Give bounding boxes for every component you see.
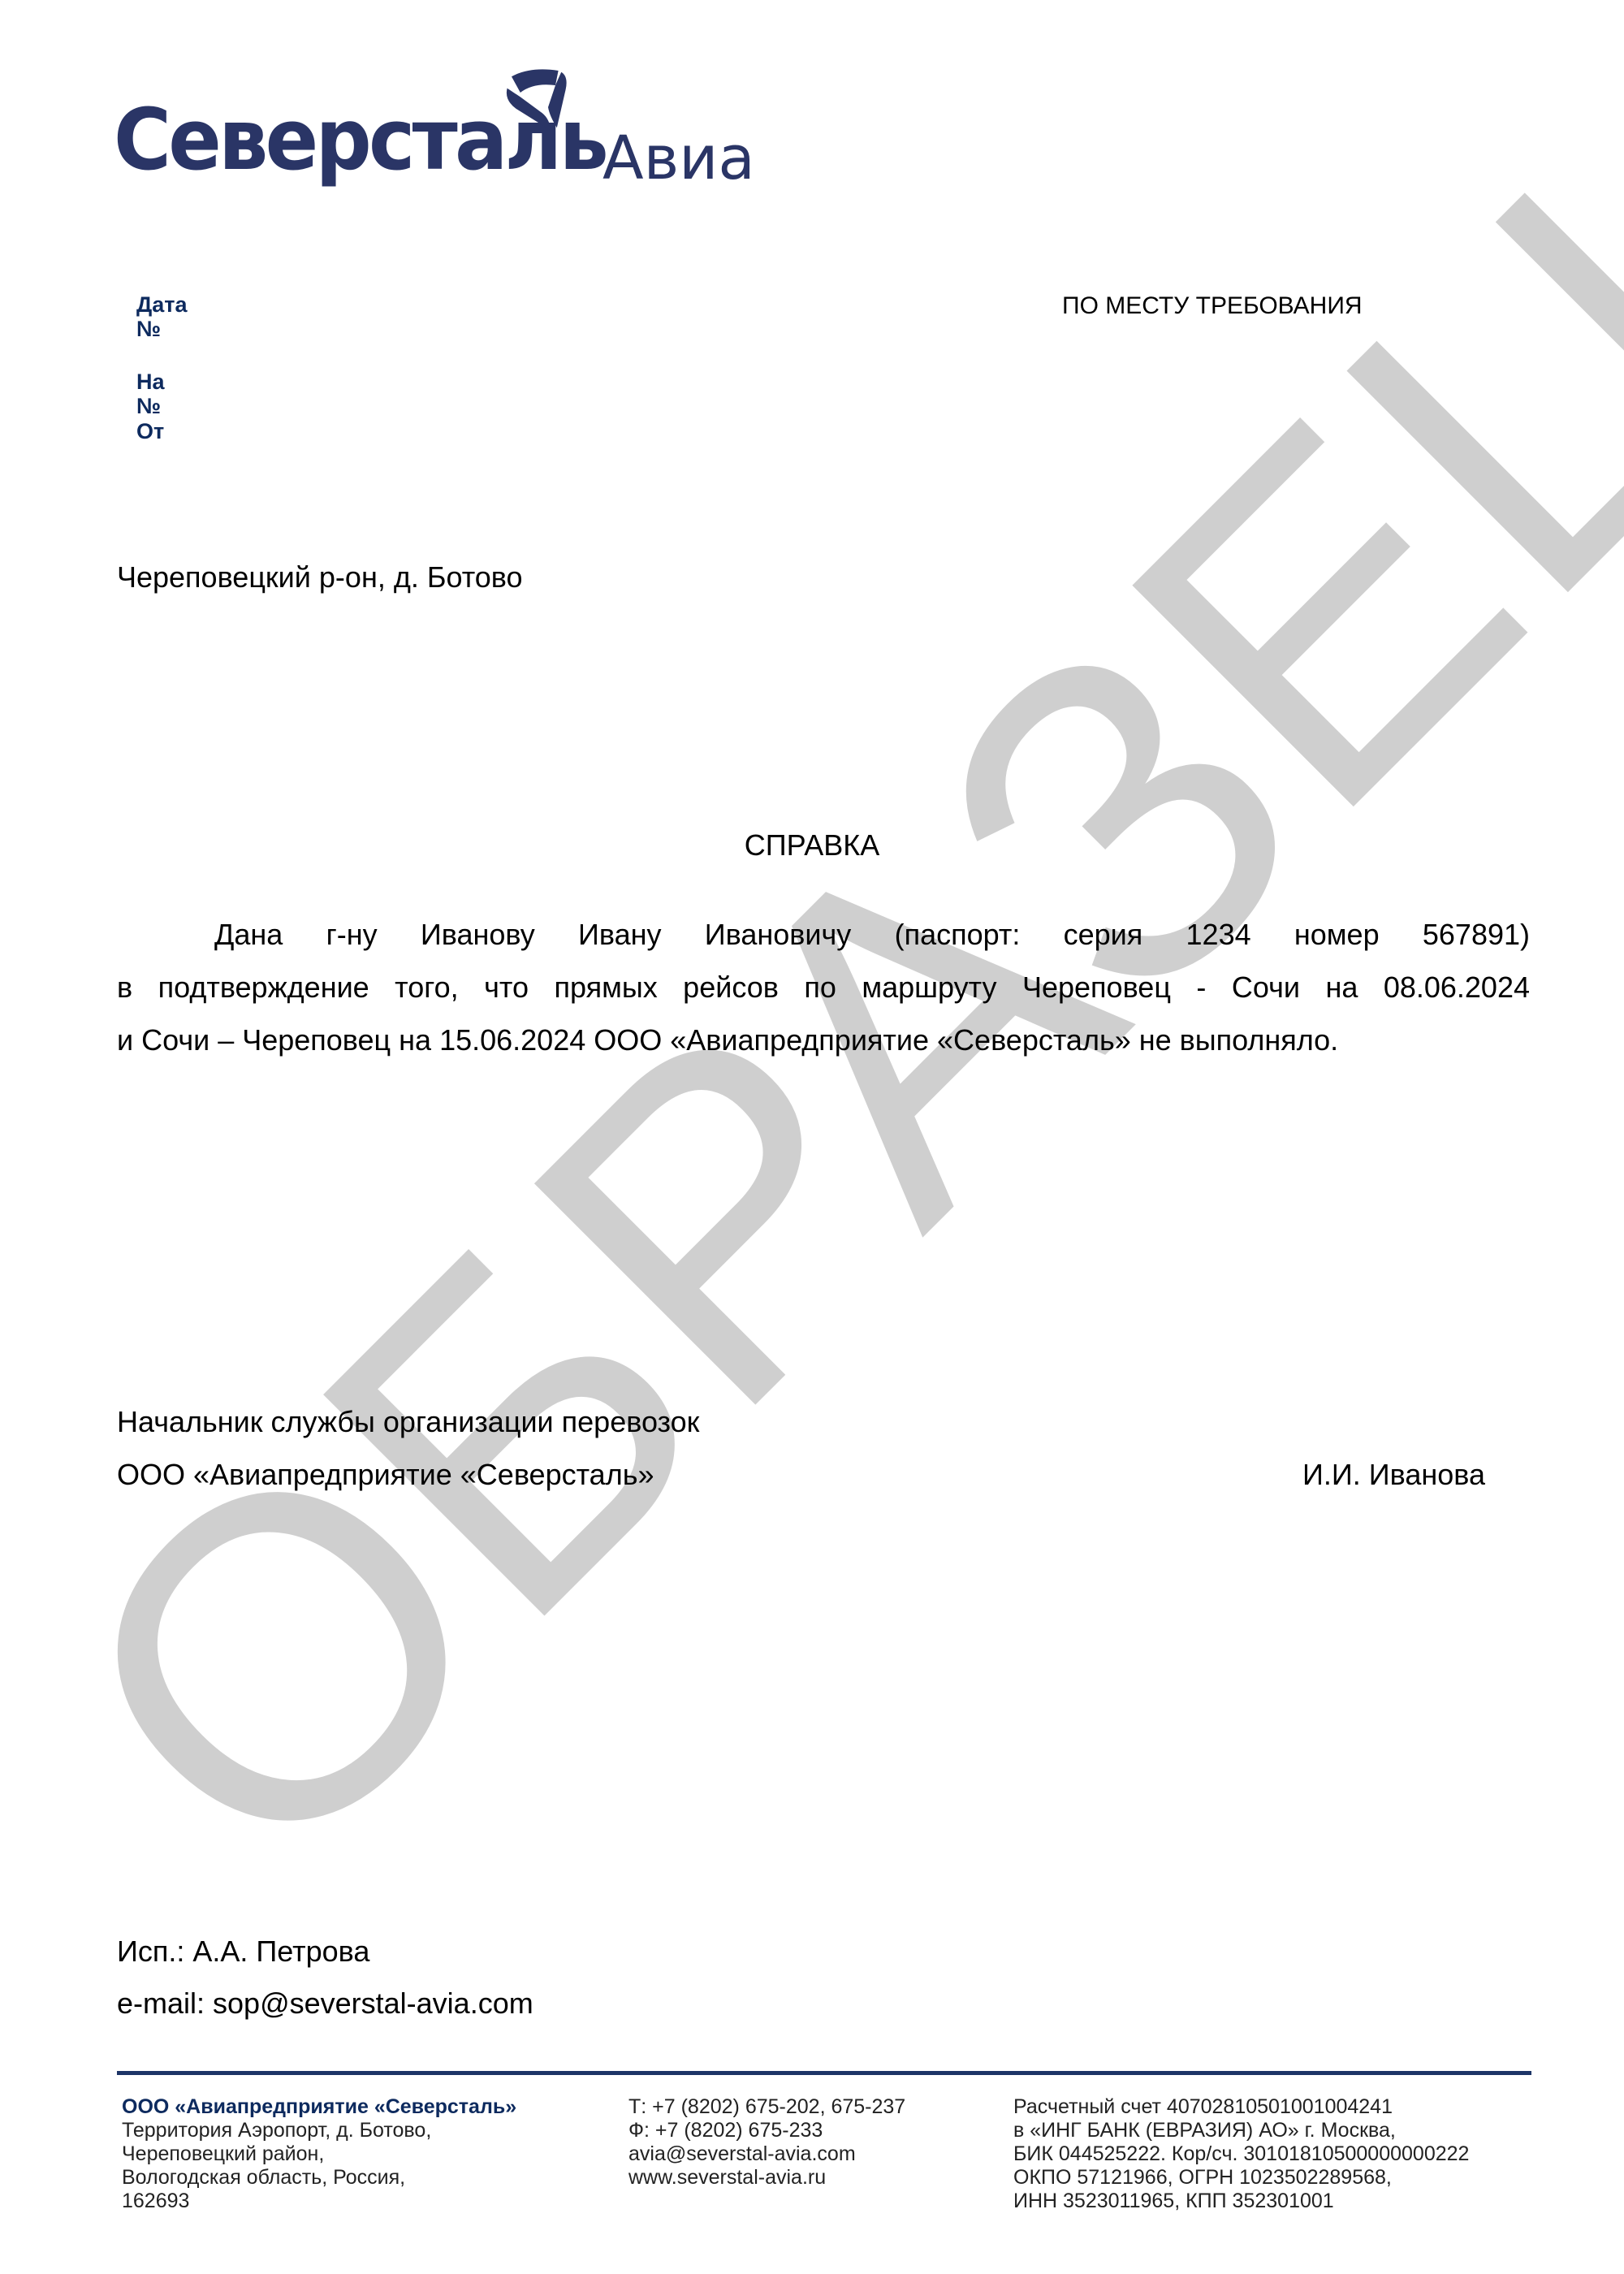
watermark: ОБРАЗЕЦ bbox=[0, 0, 1624, 2274]
signatory-company: ООО «Авиапредприятие «Северсталь» bbox=[117, 1458, 654, 1492]
footer-address-line: Вологодская область, Россия, bbox=[122, 2166, 516, 2190]
footer-divider bbox=[117, 2071, 1531, 2075]
footer-website[interactable]: www.severstal-avia.ru bbox=[628, 2166, 905, 2190]
footer-email[interactable]: avia@severstal-avia.com bbox=[628, 2142, 905, 2166]
on-label: На bbox=[136, 370, 165, 394]
footer-address-line: 162693 bbox=[122, 2190, 516, 2213]
footer-fax: Ф: +7 (8202) 675-233 bbox=[628, 2119, 905, 2142]
footer-company-name: ООО «Авиапредприятие «Северсталь» bbox=[122, 2095, 516, 2119]
on-number-label: № bbox=[136, 394, 161, 418]
paragraph-line-2: в подтверждение того, что прямых рейсов … bbox=[117, 961, 1530, 1014]
footer-phone: Т: +7 (8202) 675-202, 675-237 bbox=[628, 2095, 905, 2119]
paragraph-line-1: Дана г-ну Иванову Ивану Ивановичу (паспо… bbox=[117, 908, 1530, 961]
footer-bank-line: Расчетный счет 40702810501001004241 bbox=[1013, 2095, 1469, 2119]
signatory-position: Начальник службы организации перевозок bbox=[117, 1405, 699, 1439]
addressee: ПО МЕСТУ ТРЕБОВАНИЯ bbox=[1062, 292, 1363, 320]
document-title: СПРАВКА bbox=[0, 828, 1624, 862]
executor: Исп.: А.А. Петрова bbox=[117, 1935, 369, 1969]
number-label: № bbox=[136, 317, 161, 341]
signatory-name: И.И. Иванова bbox=[1302, 1458, 1485, 1492]
footer-contacts: Т: +7 (8202) 675-202, 675-237 Ф: +7 (820… bbox=[628, 2095, 905, 2190]
footer-address-line: Территория Аэропорт, д. Ботово, bbox=[122, 2119, 516, 2142]
footer-bank-line: ОКПО 57121966, ОГРН 1023502289568, bbox=[1013, 2166, 1469, 2190]
logo-avia-text: Авиа bbox=[603, 128, 755, 188]
from-label: От bbox=[136, 419, 164, 443]
footer-bank-line: ИНН 3523011965, КПП 352301001 bbox=[1013, 2190, 1469, 2213]
footer-bank-line: БИК 044525222. Кор/сч. 30101810500000000… bbox=[1013, 2142, 1469, 2166]
footer-company: ООО «Авиапредприятие «Северсталь» Террит… bbox=[122, 2095, 516, 2213]
footer-address-line: Череповецкий район, bbox=[122, 2142, 516, 2166]
footer-bank-details: Расчетный счет 40702810501001004241 в «И… bbox=[1013, 2095, 1469, 2213]
location: Череповецкий р-он, д. Ботово bbox=[117, 560, 523, 594]
footer-bank-line: в «ИНГ БАНК (ЕВРАЗИЯ) АО» г. Москва, bbox=[1013, 2119, 1469, 2142]
paragraph-line-3: и Сочи – Череповец на 15.06.2024 ООО «Ав… bbox=[117, 1014, 1530, 1066]
severstal-logo-icon bbox=[497, 63, 570, 136]
executor-email[interactable]: e-mail: sop@severstal-avia.com bbox=[117, 1987, 533, 2021]
date-label: Дата bbox=[136, 292, 188, 317]
certificate-paragraph: Дана г-ну Иванову Ивану Ивановичу (паспо… bbox=[117, 908, 1530, 1066]
